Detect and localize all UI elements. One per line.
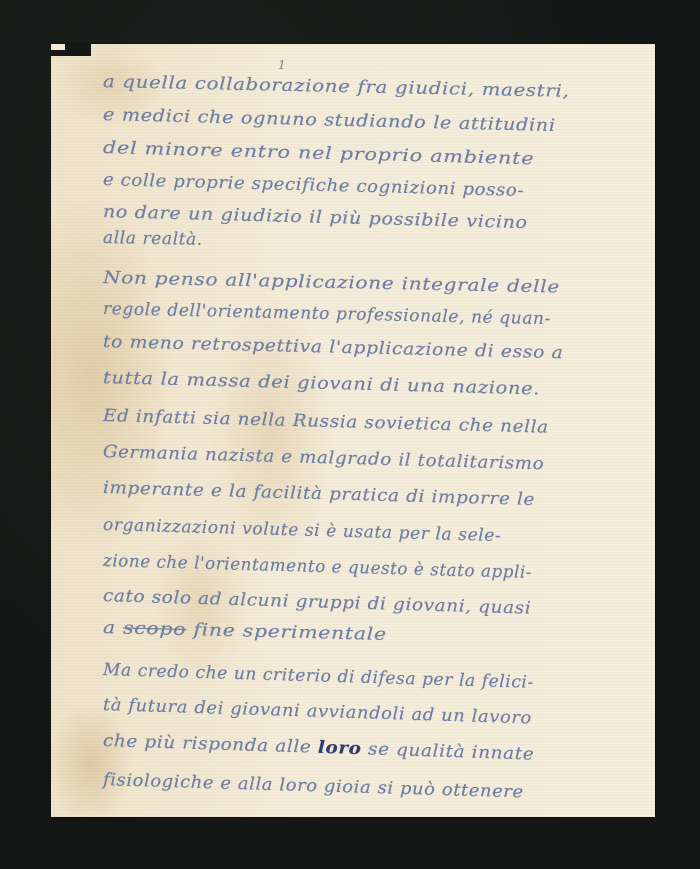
torn-corner xyxy=(51,44,91,56)
struck-word: scopo xyxy=(123,618,187,640)
text-line: alla realtà. xyxy=(103,228,203,250)
text-fragment: a xyxy=(103,618,124,638)
page-number: 1 xyxy=(278,58,286,72)
dark-ink-word: loro xyxy=(318,738,362,759)
